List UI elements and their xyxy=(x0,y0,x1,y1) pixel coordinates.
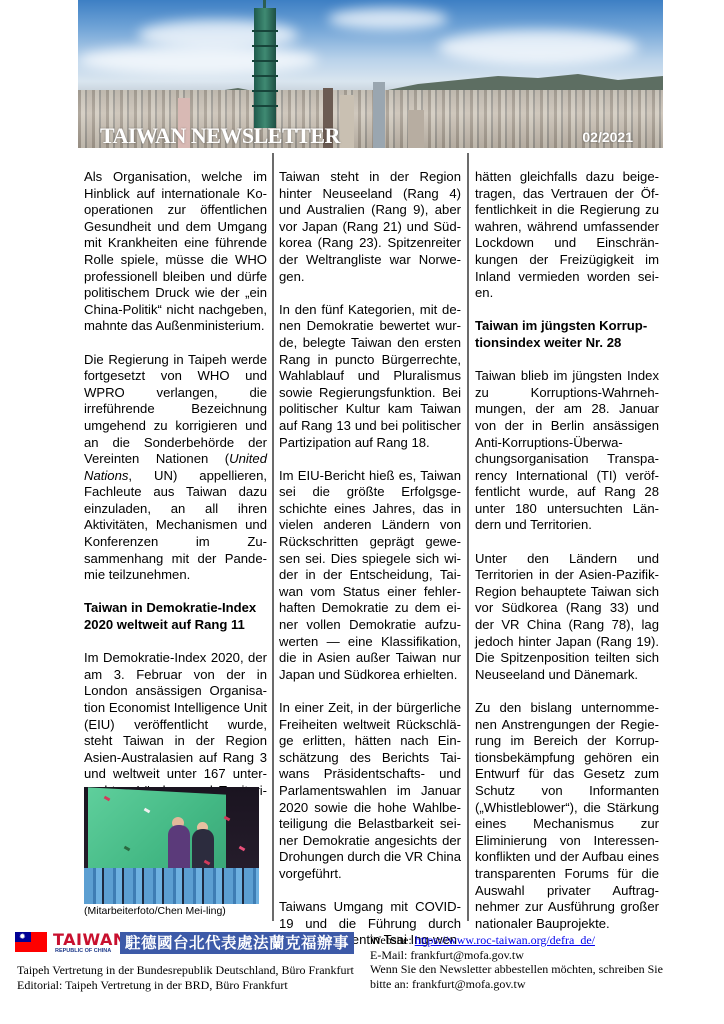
crowd xyxy=(84,868,259,904)
election-rally-photo xyxy=(84,787,259,904)
website-link[interactable]: https://www.roc-taiwan.org/defra_de/ xyxy=(415,933,595,947)
footer-contact-info: Website: https://www.roc-taiwan.org/defr… xyxy=(370,933,663,991)
paragraph: Die Regierung in Taipeh wer­de fortgeset… xyxy=(84,352,267,584)
column-divider xyxy=(467,153,469,921)
newsletter-title: TAIWAN NEWSLETTER xyxy=(100,123,340,148)
paragraph: hätten gleichfalls dazu beige­tragen, da… xyxy=(475,169,659,302)
taipei-101-tower xyxy=(254,8,276,128)
paragraph: Im EIU-Bericht hieß es, Tai­wan sei die … xyxy=(279,468,461,684)
office-line: Taipeh Vertretung in der Bundesrepublik … xyxy=(17,963,354,978)
paragraph: Taiwan steht in der Region hinter Neusee… xyxy=(279,169,461,285)
article-column-1: Als Organisation, welche im Hinblick auf… xyxy=(84,169,267,833)
issue-number: 02/2021 xyxy=(582,129,633,145)
footer-office-info: Taipeh Vertretung in der Bundesrepublik … xyxy=(17,963,354,992)
section-heading: Taiwan im jüngsten Korrup­tionsindex wei… xyxy=(475,318,659,351)
photo-caption: (Mitarbeiterfoto/Chen Mei-ling) xyxy=(84,905,226,917)
header-banner-image: TAIWAN NEWSLETTER 02/2021 xyxy=(78,0,663,148)
website-label: Website: xyxy=(370,933,415,947)
article-column-2: Taiwan steht in der Region hinter Neusee… xyxy=(279,169,461,966)
logo-wordmark: TAIWAN xyxy=(53,930,127,949)
email-line: E-Mail: frankfurt@mofa.gov.tw xyxy=(370,948,663,963)
unsubscribe-line: bitte an: frankfurt@mofa.gov.tw xyxy=(370,977,663,992)
paragraph: In einer Zeit, in der bürgerliche Freihe… xyxy=(279,700,461,883)
editorial-line: Editorial: Taipeh Vertretung in der BRD,… xyxy=(17,978,354,993)
unsubscribe-line: Wenn Sie den Newsletter abbestellen möch… xyxy=(370,962,663,977)
chinese-office-name: 駐德國台北代表處法蘭克福辦事處 xyxy=(120,932,354,954)
website-line: Website: https://www.roc-taiwan.org/defr… xyxy=(370,933,663,948)
paragraph: Zu den bislang unternomme­nen Anstrengun… xyxy=(475,700,659,932)
article-column-3: hätten gleichfalls dazu beige­tragen, da… xyxy=(475,169,659,949)
text-span: , UN) appellieren, Fachleute aus Taiwan … xyxy=(84,468,267,583)
column-divider xyxy=(272,153,274,921)
roc-flag-icon: ✹ xyxy=(15,932,47,952)
text-span: Die Regierung in Taipeh wer­de fortgeset… xyxy=(84,352,267,467)
logo-subtitle: REPUBLIC OF CHINA xyxy=(55,948,111,954)
paragraph: In den fünf Kategorien, mit de­nen Demok… xyxy=(279,302,461,451)
paragraph: Als Organisation, welche im Hinblick auf… xyxy=(84,169,267,335)
paragraph: Unter den Ländern und Territorien in der… xyxy=(475,551,659,684)
paragraph: Taiwan blieb im jüngsten Index zu Korrup… xyxy=(475,368,659,534)
section-heading: Taiwan in Demokratie-Index 2020 weltweit… xyxy=(84,600,267,633)
